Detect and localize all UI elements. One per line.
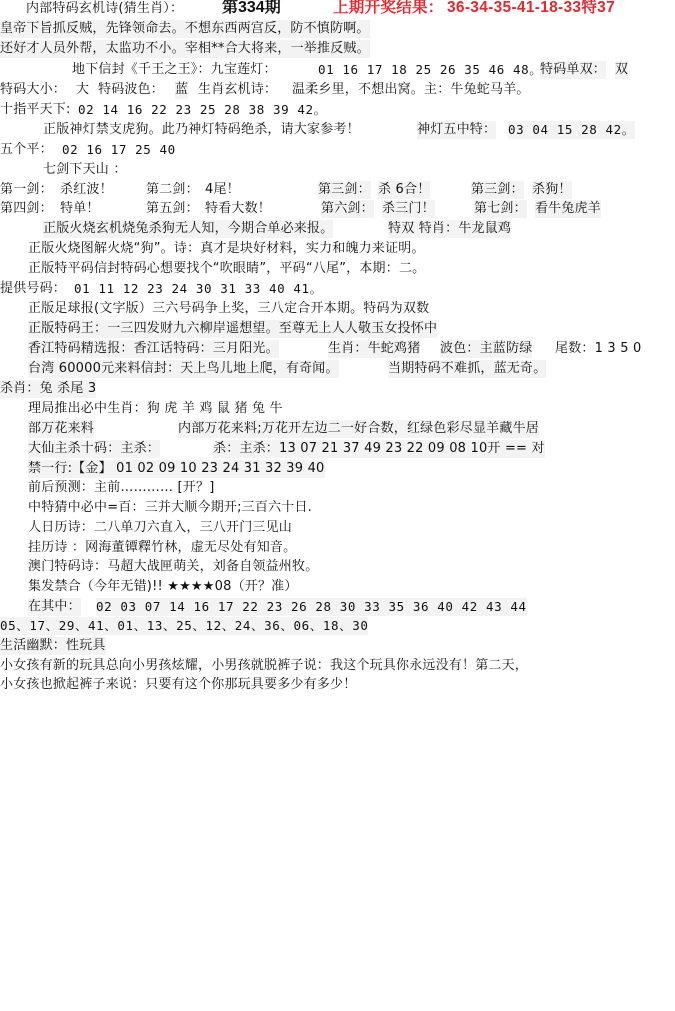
issue-number: 第334期 bbox=[222, 0, 281, 17]
odd-even-value: 双 bbox=[615, 61, 628, 79]
last-result-numbers: 36-34-35-41-18-33特37 bbox=[447, 0, 615, 17]
letter-king-label: 地下信封《千王之王》：九宝莲灯： bbox=[72, 61, 277, 79]
letter-king-numbers: 01 16 17 18 25 26 35 46 48。 bbox=[318, 61, 542, 79]
last-result-label: 上期开奖结果： bbox=[333, 0, 444, 17]
odd-even-label: 特码单双： bbox=[540, 61, 606, 79]
poem-label: 内部特码玄机诗(猜生肖）： bbox=[26, 0, 183, 18]
